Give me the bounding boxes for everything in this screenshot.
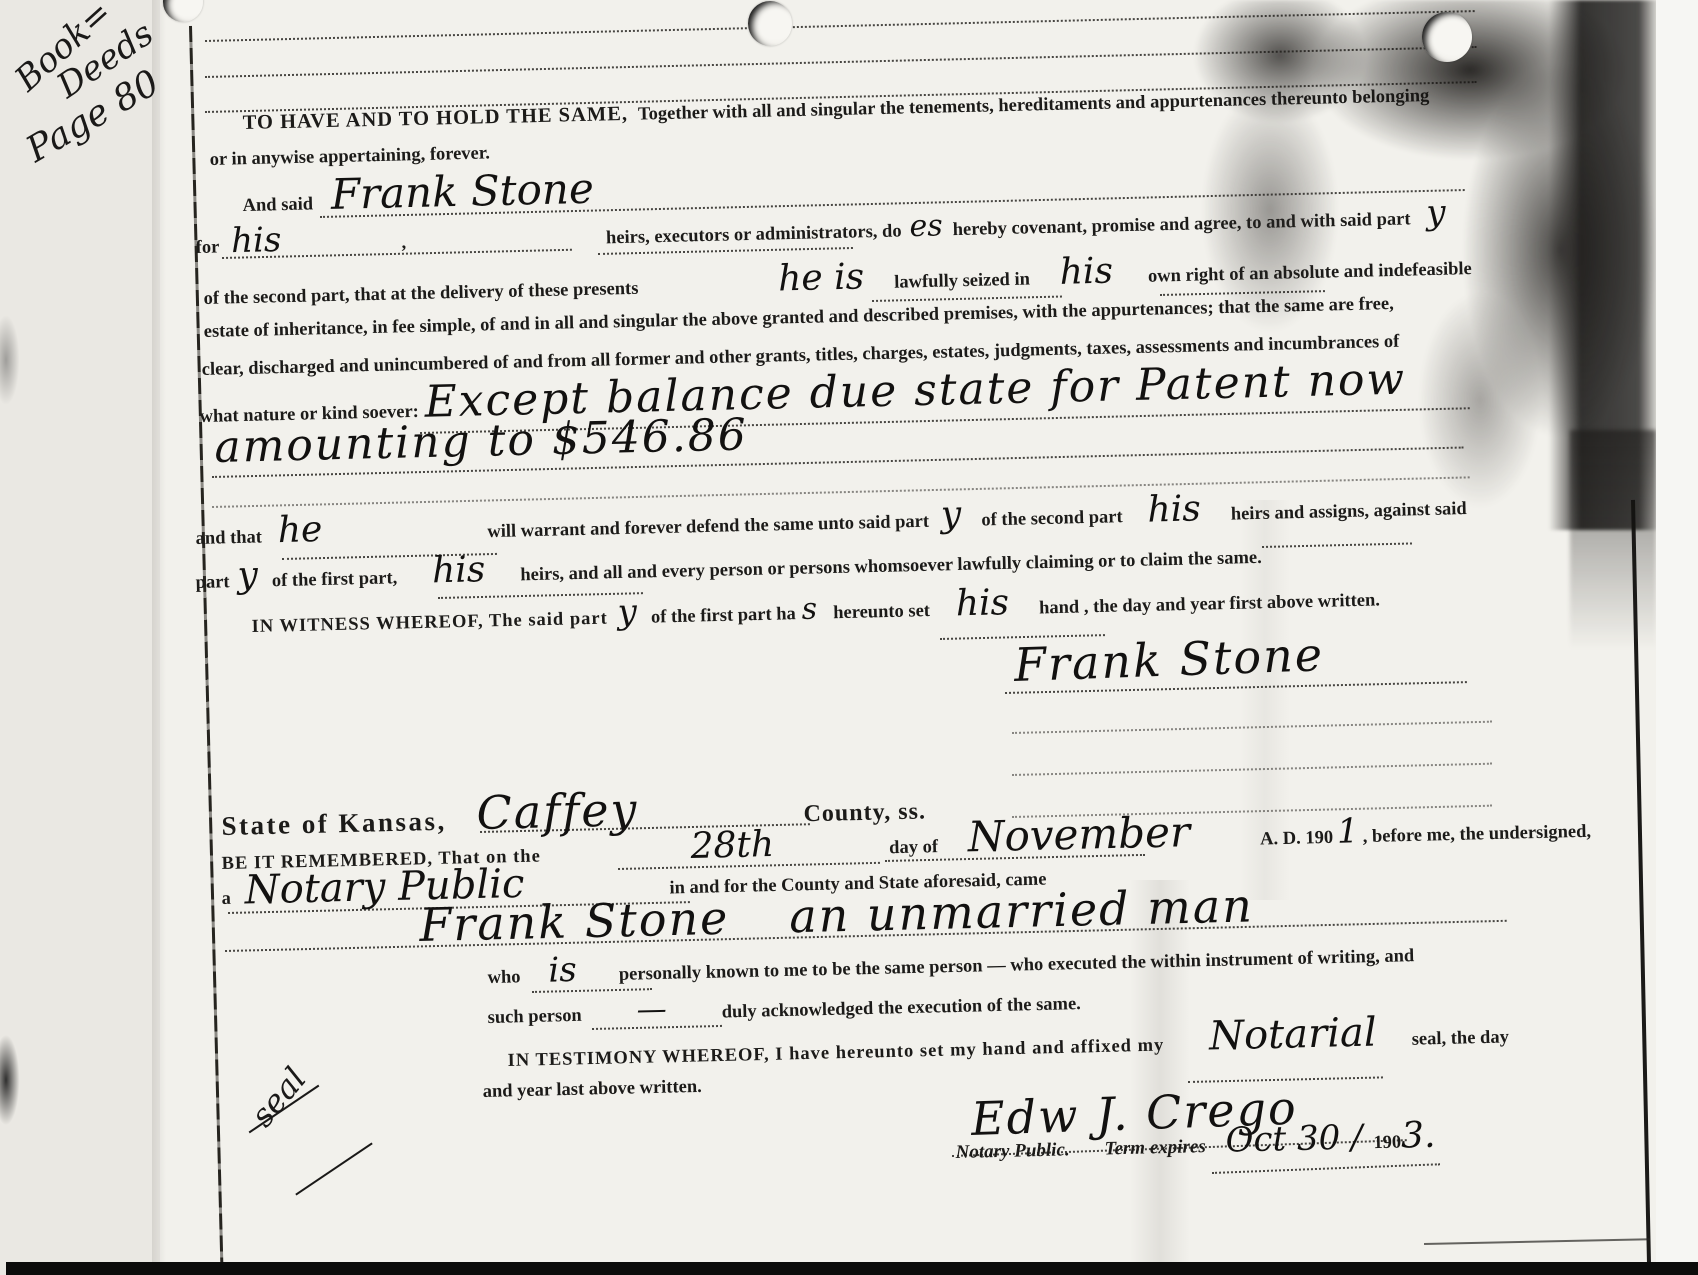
handwritten-y: y <box>940 494 961 535</box>
printed-text: personally known to me to be the same pe… <box>619 946 1415 986</box>
and-said-line: And said Frank Stone <box>242 164 594 221</box>
handwritten-year-digit: 1 <box>1337 811 1360 851</box>
printed-text: IN WITNESS WHEREOF, The said part <box>251 609 608 638</box>
page-left-edge-shadow <box>152 0 166 1275</box>
scanned-deed-document: { "colors": { "paper": "#f2f1ec", "ink":… <box>0 0 1698 1275</box>
dotted-rule <box>205 46 1477 78</box>
printed-text: 190 <box>1373 1133 1401 1155</box>
printed-text: hereunto set <box>833 601 930 624</box>
fill-in-line <box>1212 1163 1440 1174</box>
printed-text: heirs, executors or administrators, do <box>606 221 902 249</box>
handwritten-appearer-status: an unmarried man <box>789 878 1255 943</box>
printed-text: own right of an absolute and indefeasibl… <box>1148 259 1472 288</box>
scan-right-background <box>1656 0 1698 1275</box>
form-left-margin-rule <box>189 26 223 1264</box>
scan-edge-blotch <box>0 990 26 1170</box>
seal-slash <box>295 1142 372 1195</box>
handwritten-y: y <box>237 555 258 596</box>
punch-hole <box>163 0 203 22</box>
handwritten-y: y <box>617 592 637 632</box>
printed-text: Notary Public. <box>955 1139 1069 1164</box>
punch-hole <box>748 1 792 46</box>
scan-bottom-edge-bar <box>6 1262 1698 1275</box>
printed-text: part <box>195 572 229 594</box>
handwritten-grantor-name: Frank Stone <box>330 164 594 219</box>
handwritten-expire-date: Oct 30 / <box>1225 1117 1374 1160</box>
handwritten-appearer-name: Frank Stone <box>419 891 730 952</box>
grantor-signature: Frank Stone <box>1013 627 1325 692</box>
handwritten-his: his <box>1059 251 1113 293</box>
printed-text: lawfully seized in <box>894 270 1030 294</box>
printed-text: will warrant and forever defend the same… <box>487 512 929 543</box>
printed-text: such person <box>487 1006 582 1029</box>
handwritten-he-is: he is <box>778 256 865 299</box>
scan-edge-blotch <box>0 300 26 420</box>
printed-text: of the second part, that at the delivery… <box>203 279 638 310</box>
printed-text: of the second part <box>981 507 1123 531</box>
scan-smudge <box>1570 430 1656 650</box>
printed-text: who <box>487 967 520 989</box>
printed-text: And said <box>242 194 313 217</box>
handwritten-his: his <box>231 220 282 261</box>
printed-text: hereby covenant, promise and agree, to a… <box>952 209 1410 241</box>
handwritten-s: s <box>801 592 817 627</box>
habendum-line-1: TO HAVE AND TO HOLD THE SAME, Together w… <box>242 84 1429 135</box>
printed-text: seal, the day <box>1412 1027 1510 1050</box>
printed-text: Term expires <box>1104 1136 1206 1160</box>
printed-text: IN TESTIMONY WHEREOF, I have hereunto se… <box>507 1036 1164 1072</box>
punch-hole <box>1422 12 1472 62</box>
handwritten-y: y <box>1426 193 1446 233</box>
handwritten-his: his <box>955 582 1009 624</box>
handwritten-he: he <box>277 509 322 551</box>
handwritten-es: es <box>909 208 943 244</box>
handwritten-notarial: Notarial <box>1209 1010 1378 1060</box>
printed-text: A. D. 190 <box>1260 828 1333 851</box>
printed-text: , <box>401 233 406 254</box>
handwritten-dash: — <box>636 992 667 1028</box>
handwritten-his: his <box>1147 488 1201 530</box>
page-bottom-edge-line <box>1424 1238 1650 1245</box>
printed-text: and year last above written. <box>483 1077 703 1103</box>
printed-text: of the first part, <box>272 568 398 592</box>
signature-frank-stone: Frank Stone <box>1013 627 1325 692</box>
printed-text: for <box>195 237 219 259</box>
handwritten-is: is <box>548 950 577 991</box>
fill-in-line <box>1160 290 1325 296</box>
printed-text: hand , the day and year first above writ… <box>1039 590 1380 619</box>
year-last-line: and year last above written. <box>483 1077 703 1103</box>
handwritten-expire-year: 3. <box>1401 1115 1436 1157</box>
printed-text: and that <box>195 527 262 550</box>
printed-text: , before me, the undersigned, <box>1363 822 1592 848</box>
printed-text: heirs and assigns, against said <box>1231 499 1467 526</box>
dotted-rule <box>205 10 1475 42</box>
printed-text: of the first part ha <box>651 604 796 628</box>
handwritten-his: his <box>432 549 486 591</box>
printed-text: a <box>221 889 231 910</box>
